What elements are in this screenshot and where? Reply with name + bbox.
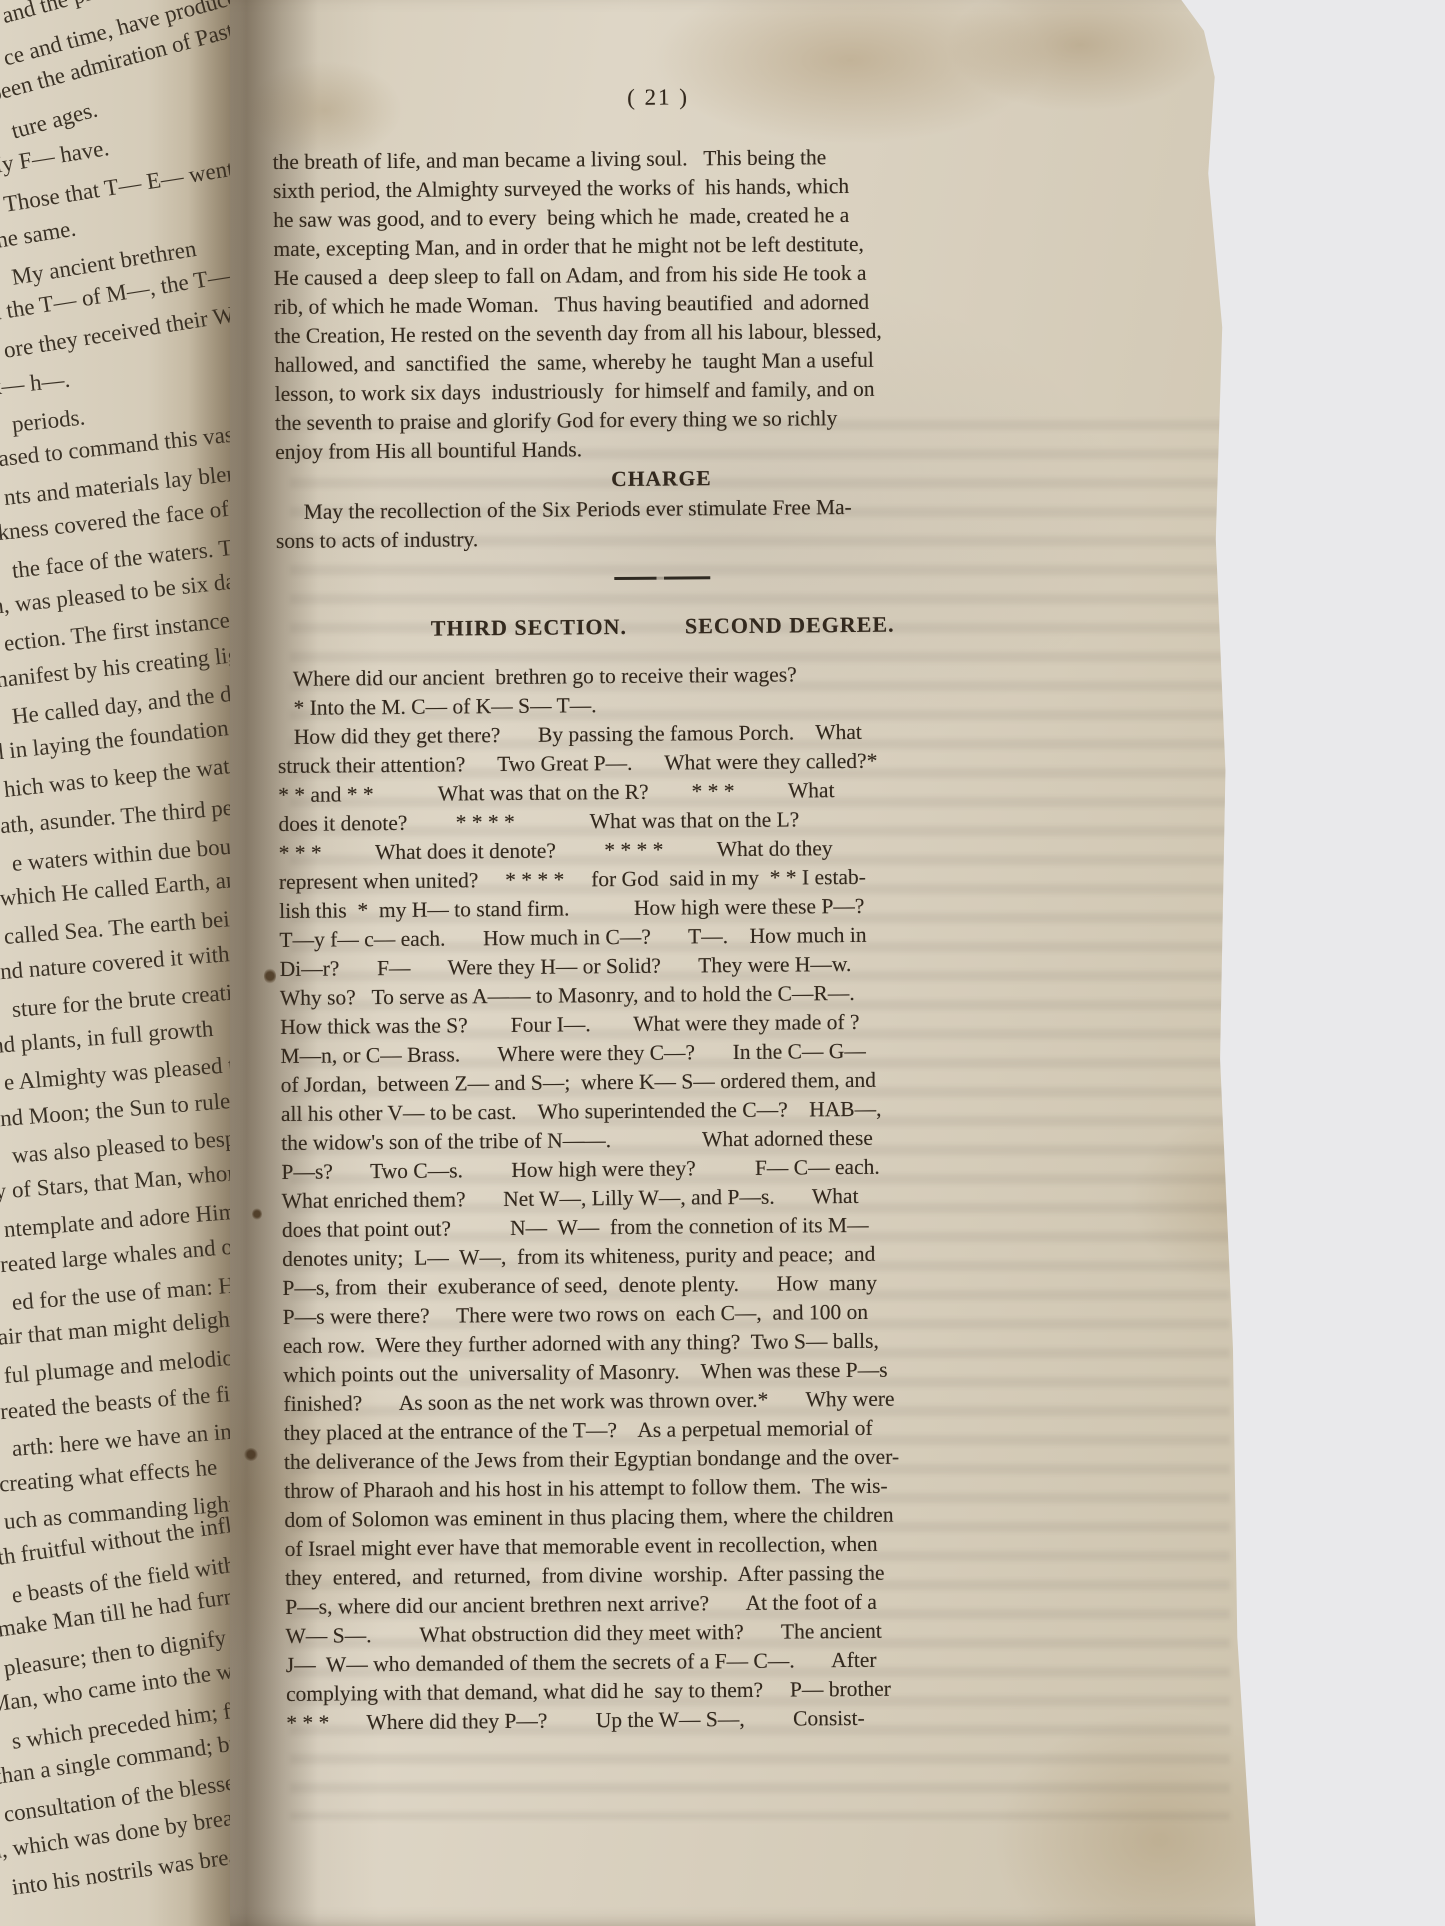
wormhole	[264, 968, 276, 984]
book-photo: y, and the plans which he laidce and tim…	[0, 0, 1445, 1926]
charge-paragraph: May the recollection of the Six Periods …	[276, 491, 1048, 556]
wormhole	[252, 1208, 262, 1220]
text-line: * * * Where did they P—? Up the W— S—, C…	[286, 1702, 1058, 1738]
text-line: sons to acts of industry.	[276, 520, 1048, 556]
section-heading: THIRD SECTION. SECOND DEGREE.	[277, 610, 1049, 643]
opening-paragraph: the breath of life, and man became a liv…	[273, 141, 1048, 467]
catechism-text: Where did our ancient brethren go to rec…	[277, 658, 1058, 1738]
printed-content: ( 21 ) the breath of life, and man becam…	[272, 81, 1058, 1738]
left-page-text: y, and the plans which he laidce and tim…	[0, 4, 268, 1907]
page-number: ( 21 )	[272, 81, 1044, 114]
right-page: ( 21 ) the breath of life, and man becam…	[230, 0, 1305, 1926]
left-page: y, and the plans which he laidce and tim…	[0, 0, 268, 1926]
section-divider	[614, 576, 710, 580]
section-title: THIRD SECTION.	[431, 614, 627, 642]
wormhole	[244, 1448, 258, 1461]
degree-title: SECOND DEGREE.	[685, 612, 895, 640]
